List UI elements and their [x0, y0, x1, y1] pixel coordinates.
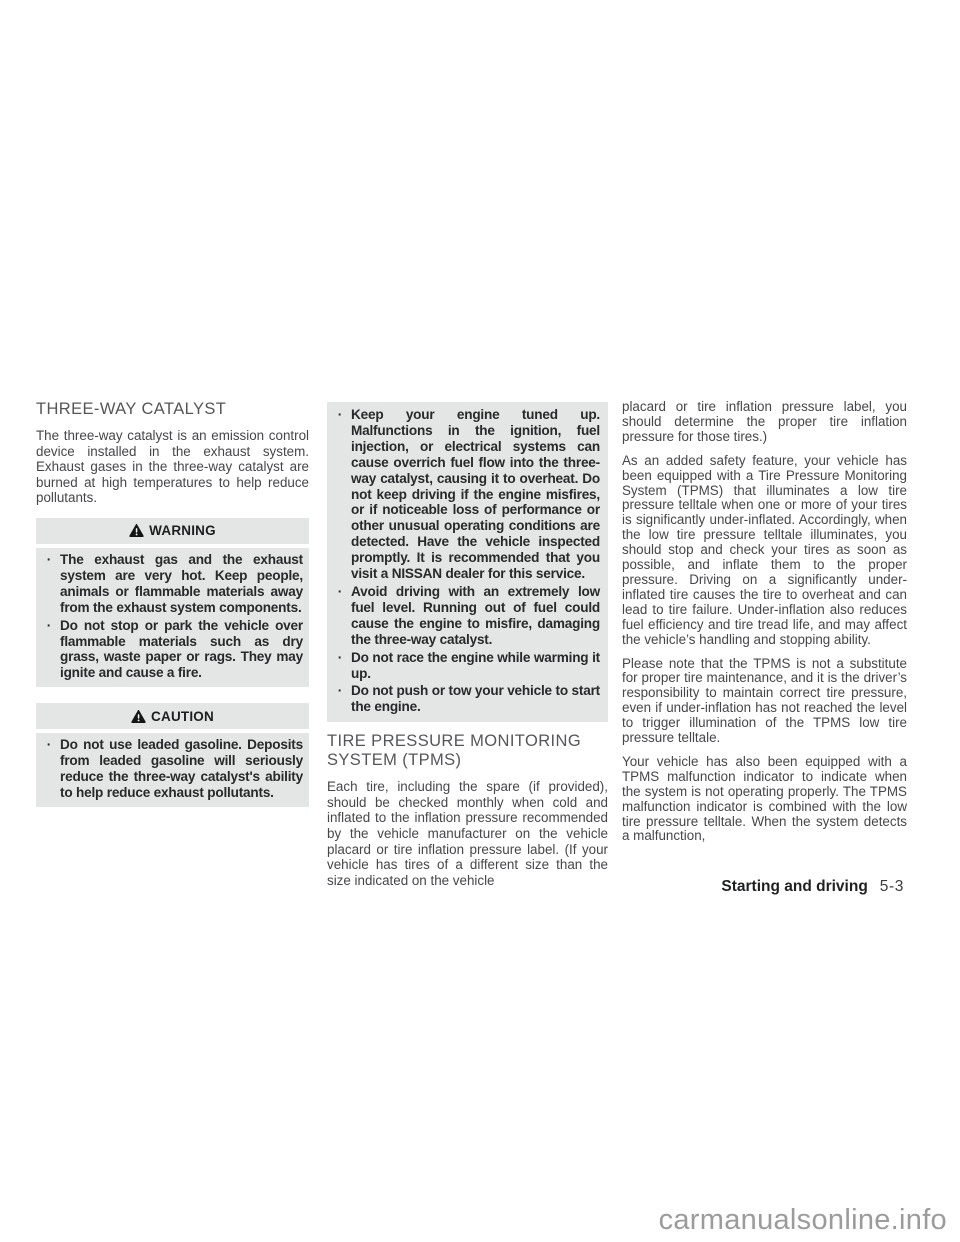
bullet-marker: · — [329, 584, 351, 648]
manual-page: THREE-WAY CATALYST The three-way catalys… — [0, 0, 960, 1242]
tpms-paragraph: Your vehicle has also been equipped with… — [622, 755, 907, 844]
caution-header: CAUTION — [36, 703, 309, 729]
warning-bullet-text: Avoid driving with an extremely low fuel… — [351, 584, 600, 648]
three-way-catalyst-intro: The three-way catalyst is an emission co… — [36, 428, 309, 506]
left-column: THREE-WAY CATALYST The three-way catalys… — [36, 400, 309, 807]
warning-bullet-text: Do not race the engine while warming it … — [351, 650, 600, 682]
right-column: placard or tire inflation pressure label… — [622, 400, 907, 853]
warning-bullet: · The exhaust gas and the exhaust system… — [38, 552, 303, 616]
warning-bullet-text: Keep your engine tuned up. Malfunctions … — [351, 407, 600, 582]
middle-column: · Keep your engine tuned up. Malfunction… — [327, 402, 608, 900]
warning-title: WARNING — [149, 523, 216, 538]
tpms-paragraph: Please note that the TPMS is not a subst… — [622, 657, 907, 746]
bullet-marker: · — [329, 407, 351, 582]
bullet-marker: · — [38, 552, 60, 616]
bullet-marker: · — [329, 683, 351, 715]
caution-bullet-text: Do not use leaded gasoline. Deposits fro… — [60, 737, 303, 801]
caution-bullet: · Do not use leaded gasoline. Deposits f… — [38, 737, 303, 801]
watermark: carmanualsonline.info — [659, 1204, 947, 1237]
warning-bullet-text: Do not stop or park the vehicle over fla… — [60, 618, 303, 682]
warning-bullet: · Do not race the engine while warming i… — [329, 650, 600, 682]
tpms-paragraph: placard or tire inflation pressure label… — [622, 400, 907, 445]
footer-page-number: 5-3 — [880, 878, 904, 895]
bullet-marker: · — [329, 650, 351, 682]
footer-section-title: Starting and driving — [721, 878, 867, 895]
warning-bullet: · Keep your engine tuned up. Malfunction… — [329, 407, 600, 582]
warning-triangle-icon — [131, 709, 146, 724]
tpms-paragraph: As an added safety feature, your vehicle… — [622, 454, 907, 648]
warning-bullet-text: The exhaust gas and the exhaust system a… — [60, 552, 303, 616]
tpms-heading: TIRE PRESSURE MONITORING SYSTEM (TPMS) — [327, 732, 608, 770]
warning-body: · The exhaust gas and the exhaust system… — [36, 548, 309, 687]
tpms-intro: Each tire, including the spare (if provi… — [327, 779, 608, 888]
warning-bullet-text: Do not push or tow your vehicle to start… — [351, 683, 600, 715]
warning-triangle-icon — [129, 523, 144, 538]
page-footer: Starting and driving5-3 — [721, 878, 904, 896]
warning-bullet: · Avoid driving with an extremely low fu… — [329, 584, 600, 648]
warning-bullet: · Do not stop or park the vehicle over f… — [38, 618, 303, 682]
bullet-marker: · — [38, 737, 60, 801]
three-way-catalyst-heading: THREE-WAY CATALYST — [36, 400, 309, 419]
warning-header: WARNING — [36, 518, 309, 544]
caution-body: · Do not use leaded gasoline. Deposits f… — [36, 733, 309, 807]
warning-bullet: · Do not push or tow your vehicle to sta… — [329, 683, 600, 715]
caution-title: CAUTION — [151, 709, 214, 724]
warning-body-continued: · Keep your engine tuned up. Malfunction… — [327, 402, 608, 722]
bullet-marker: · — [38, 618, 60, 682]
